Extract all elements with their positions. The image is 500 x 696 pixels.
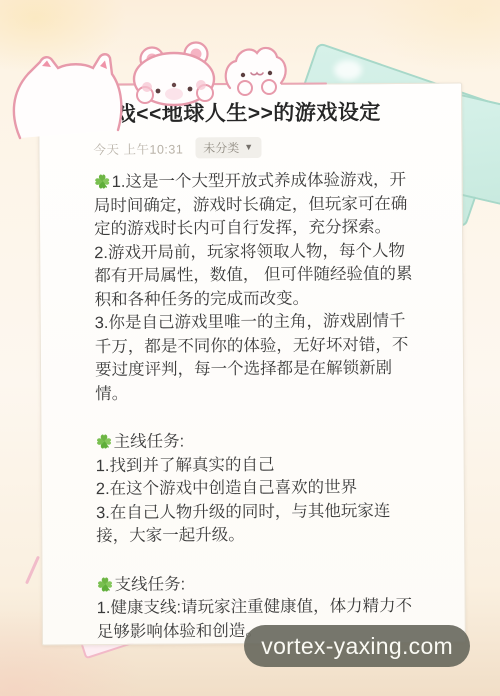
intro-paragraph: 1.这是一个大型开放式养成体验游戏，开局时间确定，游戏时长确定，但玩家可在确定的… (94, 169, 416, 242)
side-tasks-header-text: 支线任务: (114, 575, 185, 593)
category-dropdown[interactable]: 未分类 ▼ (195, 137, 261, 158)
side-tasks-header: 支线任务: (96, 571, 418, 597)
category-label: 未分类 (203, 139, 239, 156)
intro-paragraph-text: 1.这是一个大型开放式养成体验游戏，开局时间确定，游戏时长确定，但玩家可在确定的… (94, 171, 408, 238)
note-card: 游戏<<地球人生>>的游戏设定 今天 上午10:31 未分类 ▼ 1.这是一个大… (38, 83, 466, 646)
watermark-badge: vortex-yaxing.com (244, 625, 470, 667)
clover-icon (96, 575, 113, 592)
main-task-item: 3.在自己人物升级的同时，与其他玩家连接，大家一起升级。 (96, 499, 418, 548)
note-body: 1.这是一个大型开放式养成体验游戏，开局时间确定，游戏时长确定，但玩家可在确定的… (94, 169, 419, 644)
intro-paragraph: 3.你是自己游戏里唯一的主角，游戏剧情千千万，都是不同你的体验，无好坏对错，不要… (95, 310, 418, 406)
clover-icon (94, 173, 111, 190)
clover-icon (95, 433, 112, 450)
note-timestamp: 今天 上午10:31 (93, 139, 183, 158)
main-tasks-header-text: 主线任务: (113, 432, 184, 450)
note-app-page: 游戏<<地球人生>>的游戏设定 今天 上午10:31 未分类 ▼ 1.这是一个大… (0, 0, 500, 696)
main-tasks-section: 主线任务: 1.找到并了解真实的自己 2.在这个游戏中创造自己喜欢的世界 3.在… (95, 429, 418, 549)
mint-card-highlight (334, 60, 362, 80)
main-task-item: 2.在这个游戏中创造自己喜欢的世界 (96, 476, 418, 502)
chevron-down-icon: ▼ (244, 143, 253, 152)
note-title: 游戏<<地球人生>>的游戏设定 (93, 98, 415, 130)
main-tasks-header: 主线任务: (95, 429, 417, 455)
note-meta-row: 今天 上午10:31 未分类 ▼ (93, 136, 415, 159)
main-task-item: 1.找到并了解真实的自己 (96, 452, 418, 478)
intro-paragraph: 2.游戏开局前，玩家将领取人物，每个人物都有开局属性，数值， 但可伴随经验值的累… (94, 239, 416, 312)
